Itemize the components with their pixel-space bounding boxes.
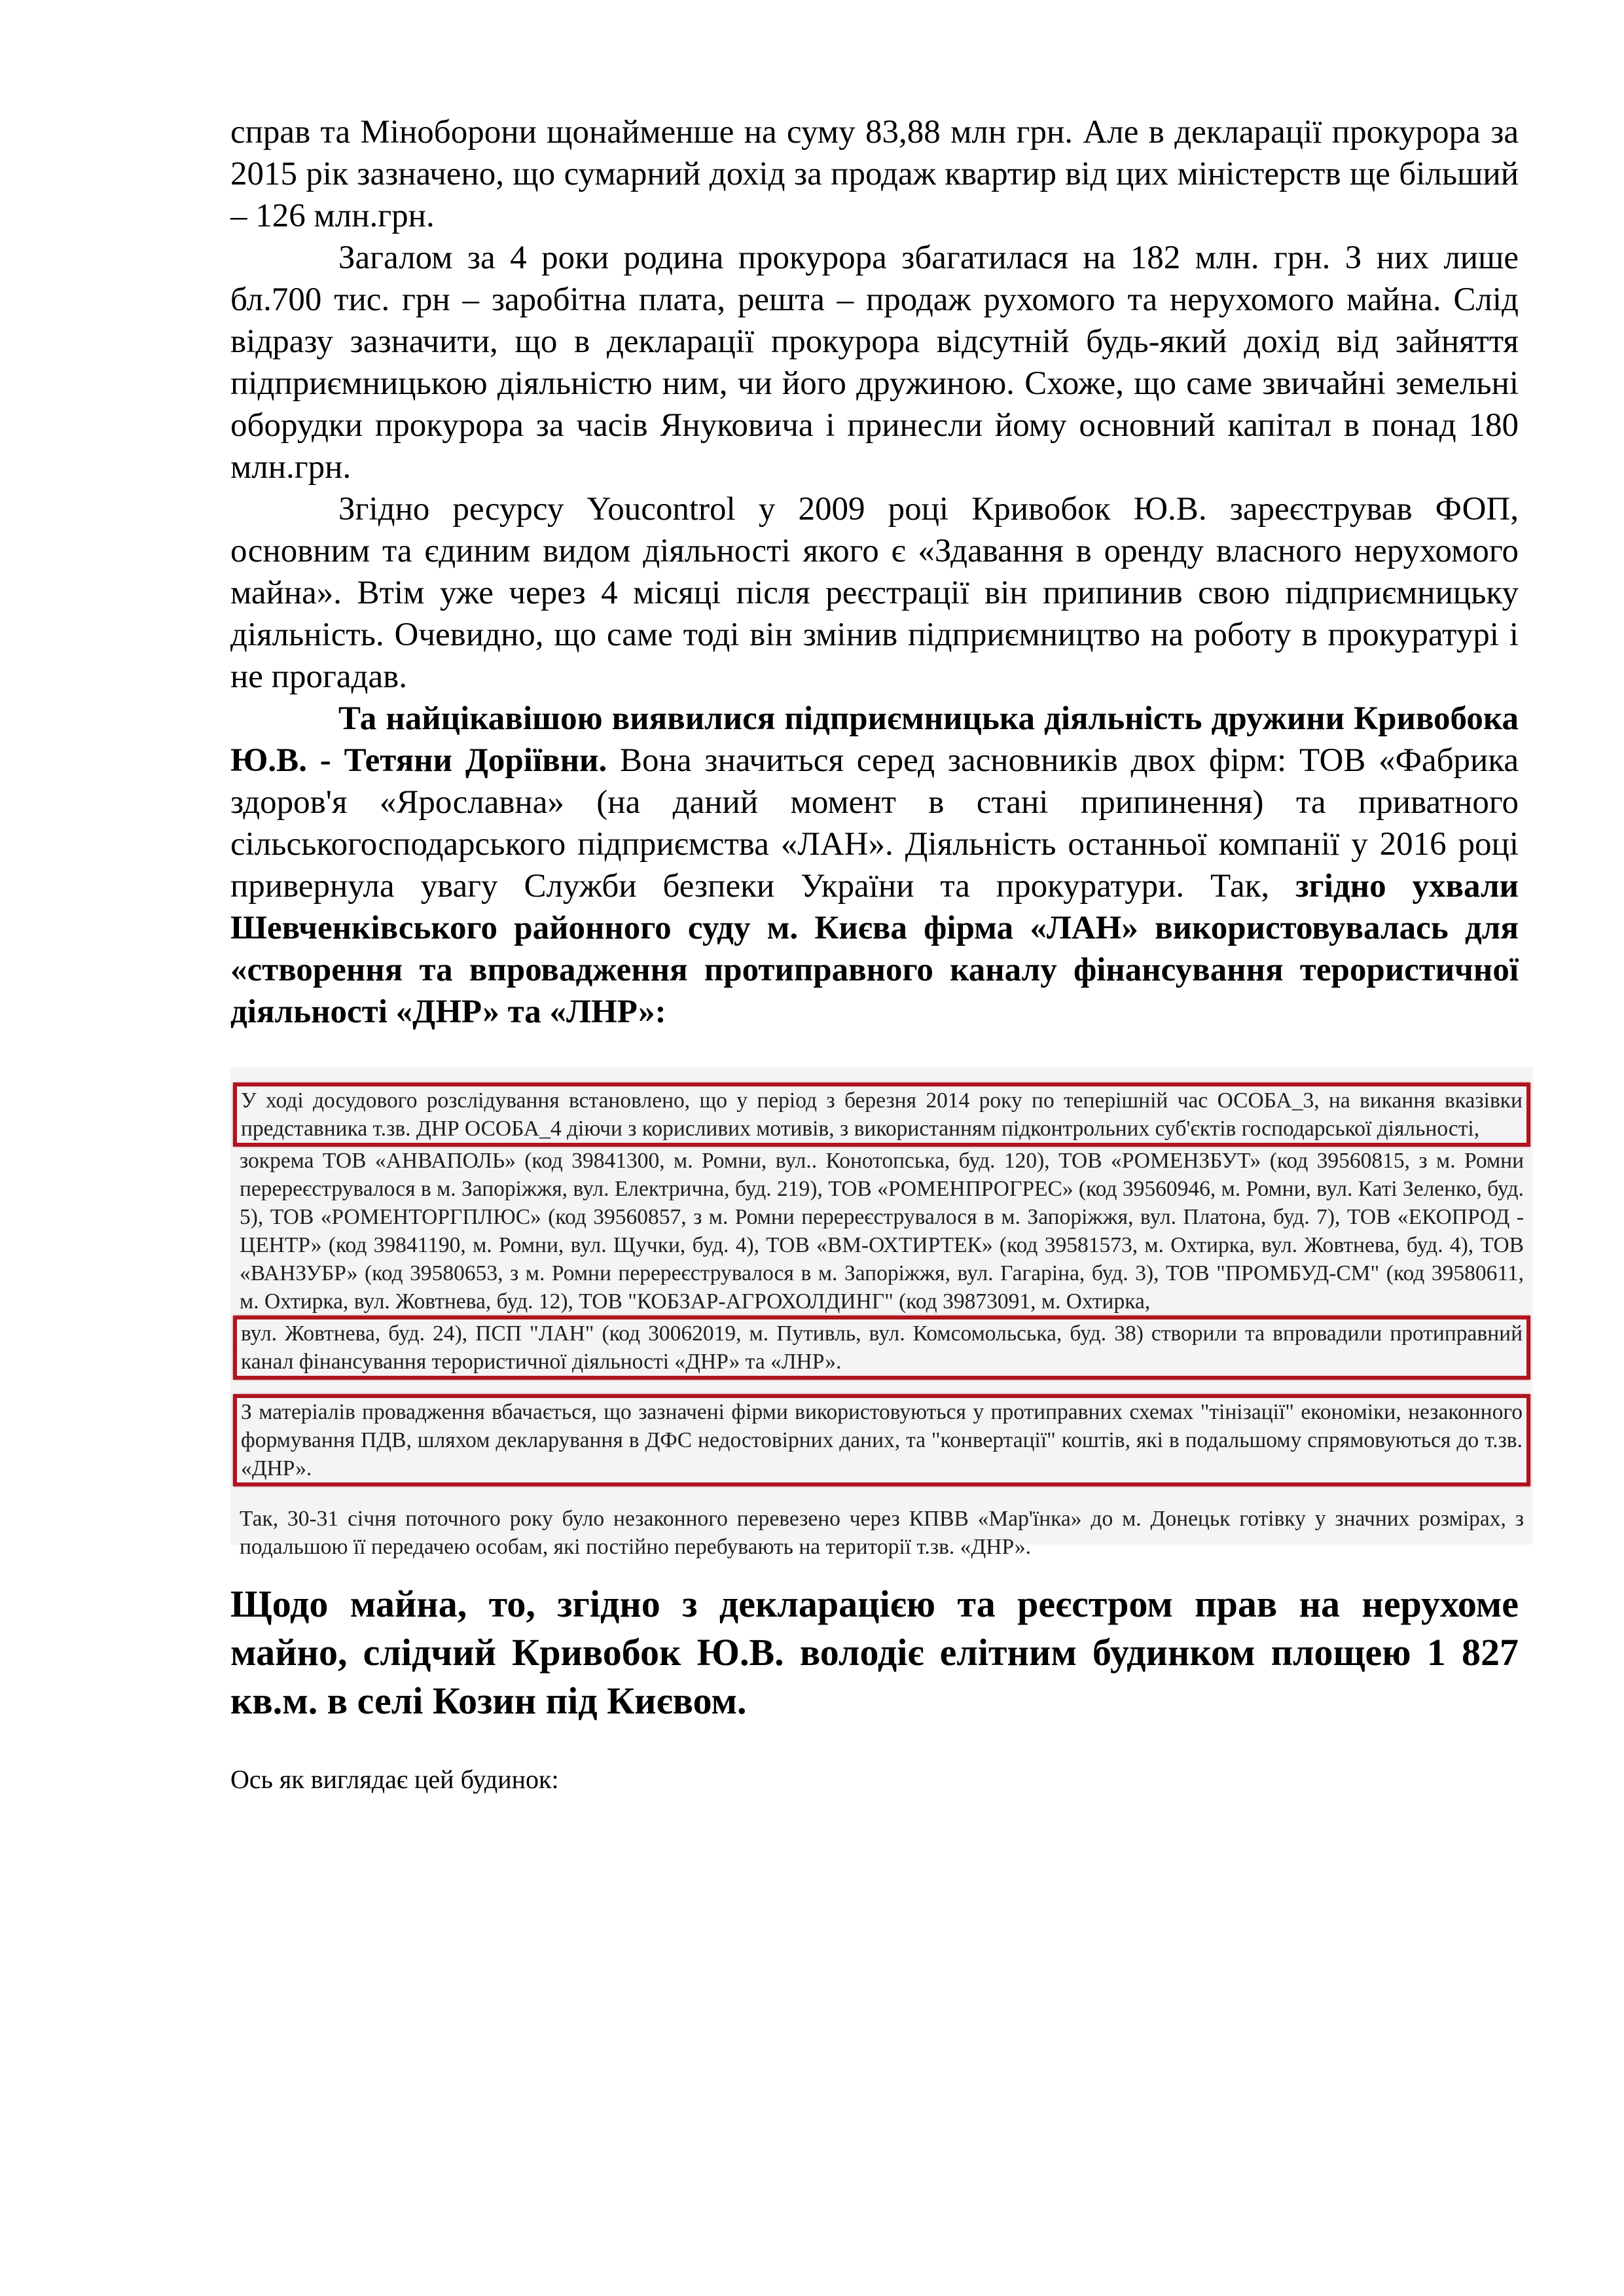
court-ruling-excerpt-image: У ході досудового розслідування встановл… <box>230 1067 1533 1545</box>
excerpt-investigation-text: У ході досудового розслідування встановл… <box>241 1086 1523 1143</box>
paragraph-family-income: Загалом за 4 роки родина прокурора збага… <box>230 237 1519 488</box>
highlight-box-schemes: З матеріалів провадження вбачається, що … <box>233 1394 1530 1486</box>
highlight-box-investigation: У ході досудового розслідування встановл… <box>233 1083 1530 1147</box>
paragraph-ministries-sum: справ та Міноборони щонайменше на суму 8… <box>230 111 1519 237</box>
spacer <box>240 1380 1524 1394</box>
excerpt-lan-channel-text: вул. Жовтнева, буд. 24), ПСП "ЛАН" (код … <box>241 1319 1523 1376</box>
excerpt-companies-list: зокрема ТОВ «АНВАПОЛЬ» (код 39841300, м.… <box>240 1147 1524 1316</box>
excerpt-cash-transfer-text: Так, 30-31 січня поточного року було нез… <box>240 1505 1524 1561</box>
paragraph-property-house: Щодо майна, то, згідно з декларацією та … <box>230 1580 1519 1725</box>
document-page: справ та Міноборони щонайменше на суму 8… <box>230 111 1519 1796</box>
paragraph-wife-business: Та найцікавішою виявилися підприємницька… <box>230 698 1519 1033</box>
paragraph-youcontrol-fop: Згідно ресурсу Youcontrol у 2009 році Кр… <box>230 488 1519 698</box>
house-caption: Ось як виглядає цей будинок: <box>230 1763 1519 1796</box>
excerpt-schemes-text: З матеріалів провадження вбачається, що … <box>241 1398 1523 1482</box>
highlight-box-lan-company: вул. Жовтнева, буд. 24), ПСП "ЛАН" (код … <box>233 1316 1530 1380</box>
